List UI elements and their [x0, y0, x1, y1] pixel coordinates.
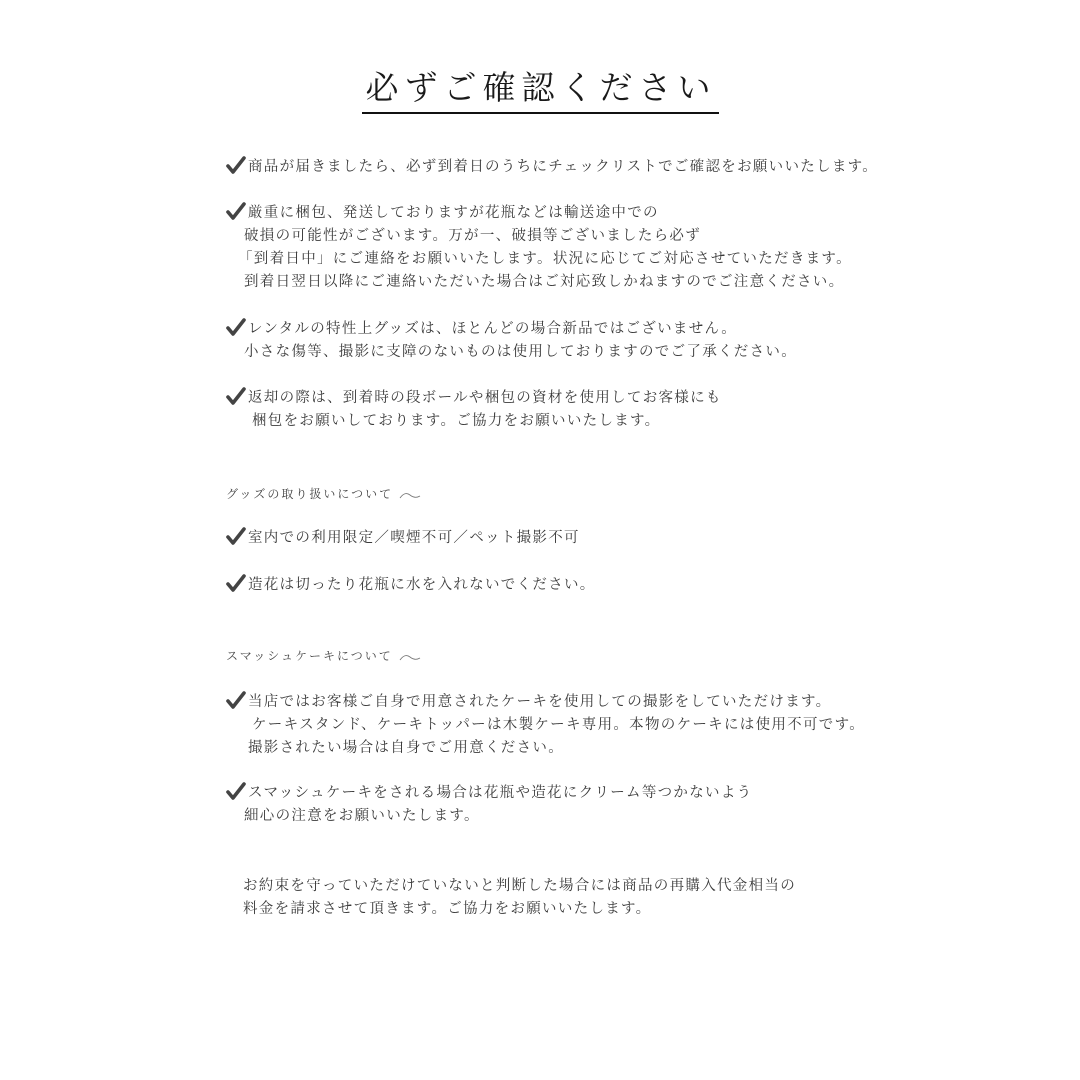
- check-icon: [226, 156, 246, 174]
- notice-4: 返却の際は、到着時の段ボールや梱包の資材を使用してお客様にも 梱包をお願いしてお…: [226, 387, 722, 433]
- notice-3: レンタルの特性上グッズは、ほとんどの場合新品ではございません。 小さな傷等、撮影…: [226, 318, 797, 364]
- tilde-icon: [399, 490, 421, 500]
- section-heading-text: スマッシュケーキについて: [226, 649, 393, 663]
- cake-item-2: スマッシュケーキをされる場合は花瓶や造花にクリーム等つかないよう 細心の注意をお…: [226, 782, 752, 828]
- closing-note: お約束を守っていただけていないと判断した場合には商品の再購入代金相当の 料金を請…: [243, 875, 796, 921]
- check-icon: [226, 527, 246, 545]
- check-icon: [226, 782, 246, 800]
- closing-text: お約束を守っていただけていないと判断した場合には商品の再購入代金相当の: [243, 875, 796, 898]
- notice-text: 「到着日中」にご連絡をお願いいたします。状況に応じてご対応させていただきます。: [226, 248, 852, 271]
- cake-item-text: 細心の注意をお願いいたします。: [226, 805, 752, 828]
- tilde-icon: [399, 652, 421, 662]
- cake-item-text: スマッシュケーキをされる場合は花瓶や造花にクリーム等つかないよう: [248, 785, 752, 801]
- notice-text: 商品が届きましたら、必ず到着日のうちにチェックリストでご確認をお願いいたします。: [248, 159, 878, 175]
- closing-text: 料金を請求させて頂きます。ご協力をお願いいたします。: [243, 898, 796, 921]
- notice-text: 返却の際は、到着時の段ボールや梱包の資材を使用してお客様にも: [248, 390, 722, 406]
- notice-text: 厳重に梱包、発送しておりますが花瓶などは輸送途中での: [248, 205, 659, 221]
- notice-2: 厳重に梱包、発送しておりますが花瓶などは輸送途中での 破損の可能性がございます。…: [226, 202, 852, 294]
- notice-1: 商品が届きましたら、必ず到着日のうちにチェックリストでご確認をお願いいたします。: [226, 156, 878, 179]
- check-icon: [226, 574, 246, 592]
- section-heading-text: グッズの取り扱いについて: [226, 487, 393, 501]
- check-icon: [226, 387, 246, 405]
- cake-section-heading: スマッシュケーキについて: [226, 647, 421, 664]
- notice-text: 小さな傷等、撮影に支障のないものは使用しておりますのでご了承ください。: [226, 341, 797, 364]
- goods-item-text: 室内での利用限定／喫煙不可／ペット撮影不可: [248, 530, 580, 546]
- check-icon: [226, 691, 246, 709]
- cake-item-text: 当店ではお客様ご自身で用意されたケーキを使用しての撮影をしていただけます。: [248, 694, 831, 710]
- check-icon: [226, 202, 246, 220]
- notice-text: 到着日翌日以降にご連絡いただいた場合はご対応致しかねますのでご注意ください。: [226, 271, 852, 294]
- check-icon: [226, 318, 246, 336]
- goods-section-heading: グッズの取り扱いについて: [226, 485, 421, 502]
- page-title-wrap: 必ずご確認ください: [0, 68, 1080, 114]
- notice-text: 梱包をお願いしております。ご協力をお願いいたします。: [226, 410, 722, 433]
- goods-item-2: 造花は切ったり花瓶に水を入れないでください。: [226, 574, 596, 597]
- goods-item-1: 室内での利用限定／喫煙不可／ペット撮影不可: [226, 527, 580, 550]
- goods-item-text: 造花は切ったり花瓶に水を入れないでください。: [248, 577, 596, 593]
- page-title: 必ずご確認ください: [362, 68, 719, 114]
- cake-item-1: 当店ではお客様ご自身で用意されたケーキを使用しての撮影をしていただけます。 ケー…: [226, 691, 865, 760]
- cake-item-text: 撮影されたい場合は自身でご用意ください。: [226, 737, 865, 760]
- cake-item-text: ケーキスタンド、ケーキトッパーは木製ケーキ専用。本物のケーキには使用不可です。: [226, 714, 865, 737]
- notice-text: レンタルの特性上グッズは、ほとんどの場合新品ではございません。: [248, 321, 737, 337]
- notice-text: 破損の可能性がございます。万が一、破損等ございましたら必ず: [226, 225, 852, 248]
